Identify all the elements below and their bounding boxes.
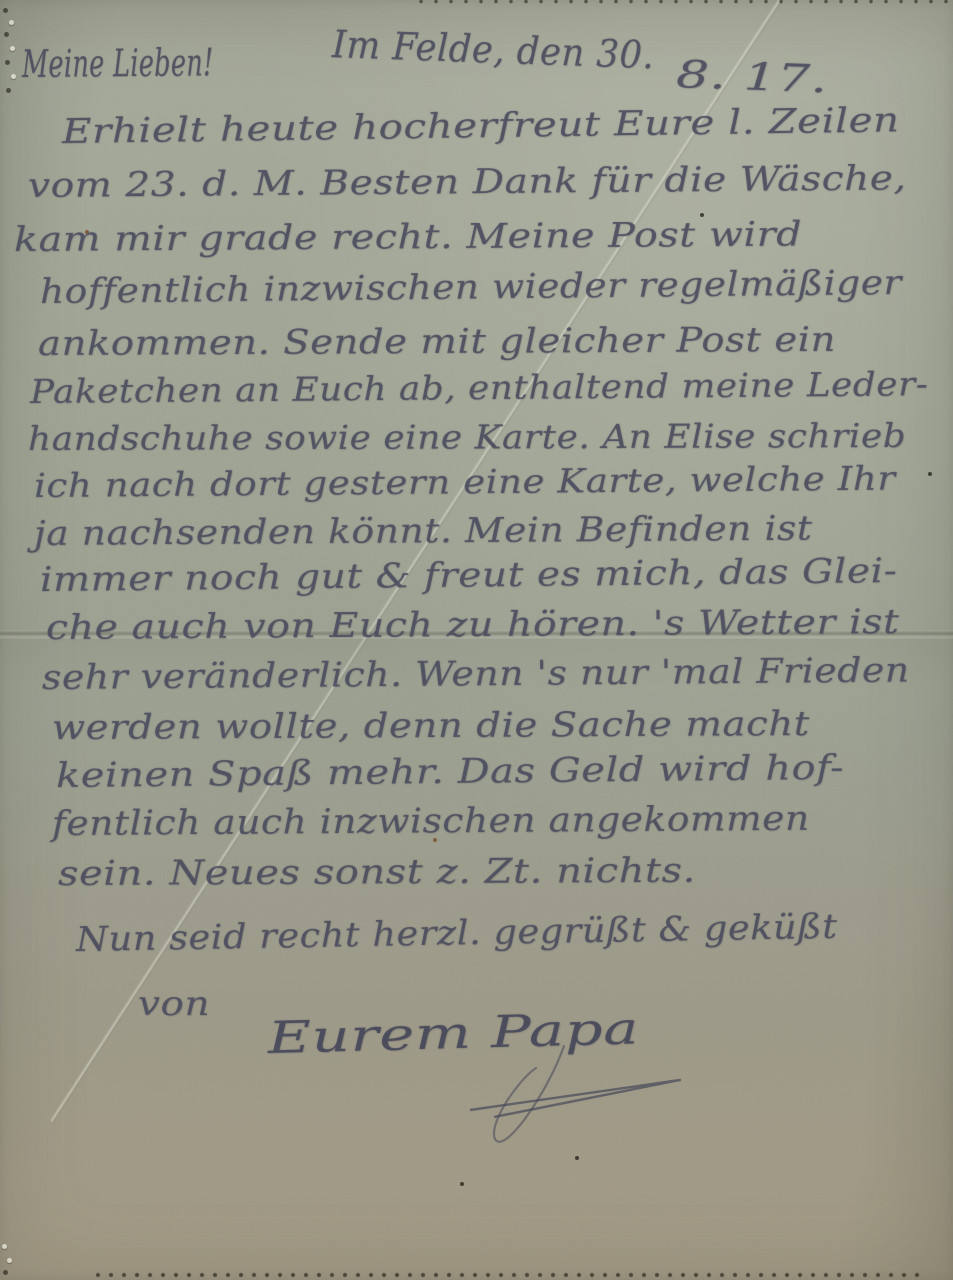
letter-line: Erhielt heute hocherfreut Eure l. Zeilen [62,100,900,152]
letter-line: immer noch gut & freut es mich, das Glei… [40,551,898,600]
letter-line: handschuhe sowie eine Karte. An Elise sc… [28,416,906,458]
paper-speck [928,472,932,476]
letter-line: Paketchen an Euch ab, enthaltend meine L… [30,364,929,411]
perforation-dot [3,1270,8,1275]
perforation-dots-bottom-edge [95,1272,927,1279]
perforation-dot [7,1258,12,1263]
closing-from-word: von [138,984,210,1024]
signature: Eurem Papa [267,1003,640,1064]
perforation-dot [10,46,15,51]
perforation-dot [11,74,16,79]
closing-line: Nun seid recht herzl. gegrüßt & geküßt [76,907,838,960]
letter-line: fentlich auch inzwischen angekommen [52,799,810,844]
paper-speck [460,1182,464,1186]
letter-line: hoffentlich inzwischen wieder regelmäßig… [40,263,902,312]
letter-line: werden wollte, denn die Sache macht [52,704,810,748]
dateline-place: Im Felde, den 30. [331,22,655,77]
perforation-dot [5,60,10,65]
perforation-dot [6,88,11,93]
dateline-date: 8. 17. [675,52,828,101]
letter-line: ich nach dort gestern eine Karte, welche… [34,458,896,505]
perforation-dot [2,1244,7,1249]
perforation-dot [9,20,14,25]
letter-line: che auch von Euch zu hören. 's Wetter is… [46,602,900,648]
letter-line: sehr veränderlich. Wenn 's nur 'mal Frie… [42,650,910,698]
letter-line: vom 23. d. M. Besten Dank für die Wäsche… [28,158,907,206]
letter-line: keinen Spaß mehr. Das Geld wird hof- [56,748,845,796]
letter-scan: Meine Lieben! Im Felde, den 30. 8. 17. E… [0,0,953,1280]
letter-line: ja nachsenden könnt. Mein Befinden ist [34,509,813,554]
perforation-dot [4,32,9,37]
letter-line: sein. Neues sonst z. Zt. nichts. [58,851,696,894]
salutation: Meine Lieben! [22,40,214,86]
letter-line: ankommen. Sende mit gleicher Post ein [38,320,836,364]
perforation-dot [3,8,8,13]
perforation-dots-top-edge [418,0,953,5]
paper-speck [575,1156,579,1160]
letter-line: kam mir grade recht. Meine Post wird [14,214,802,260]
